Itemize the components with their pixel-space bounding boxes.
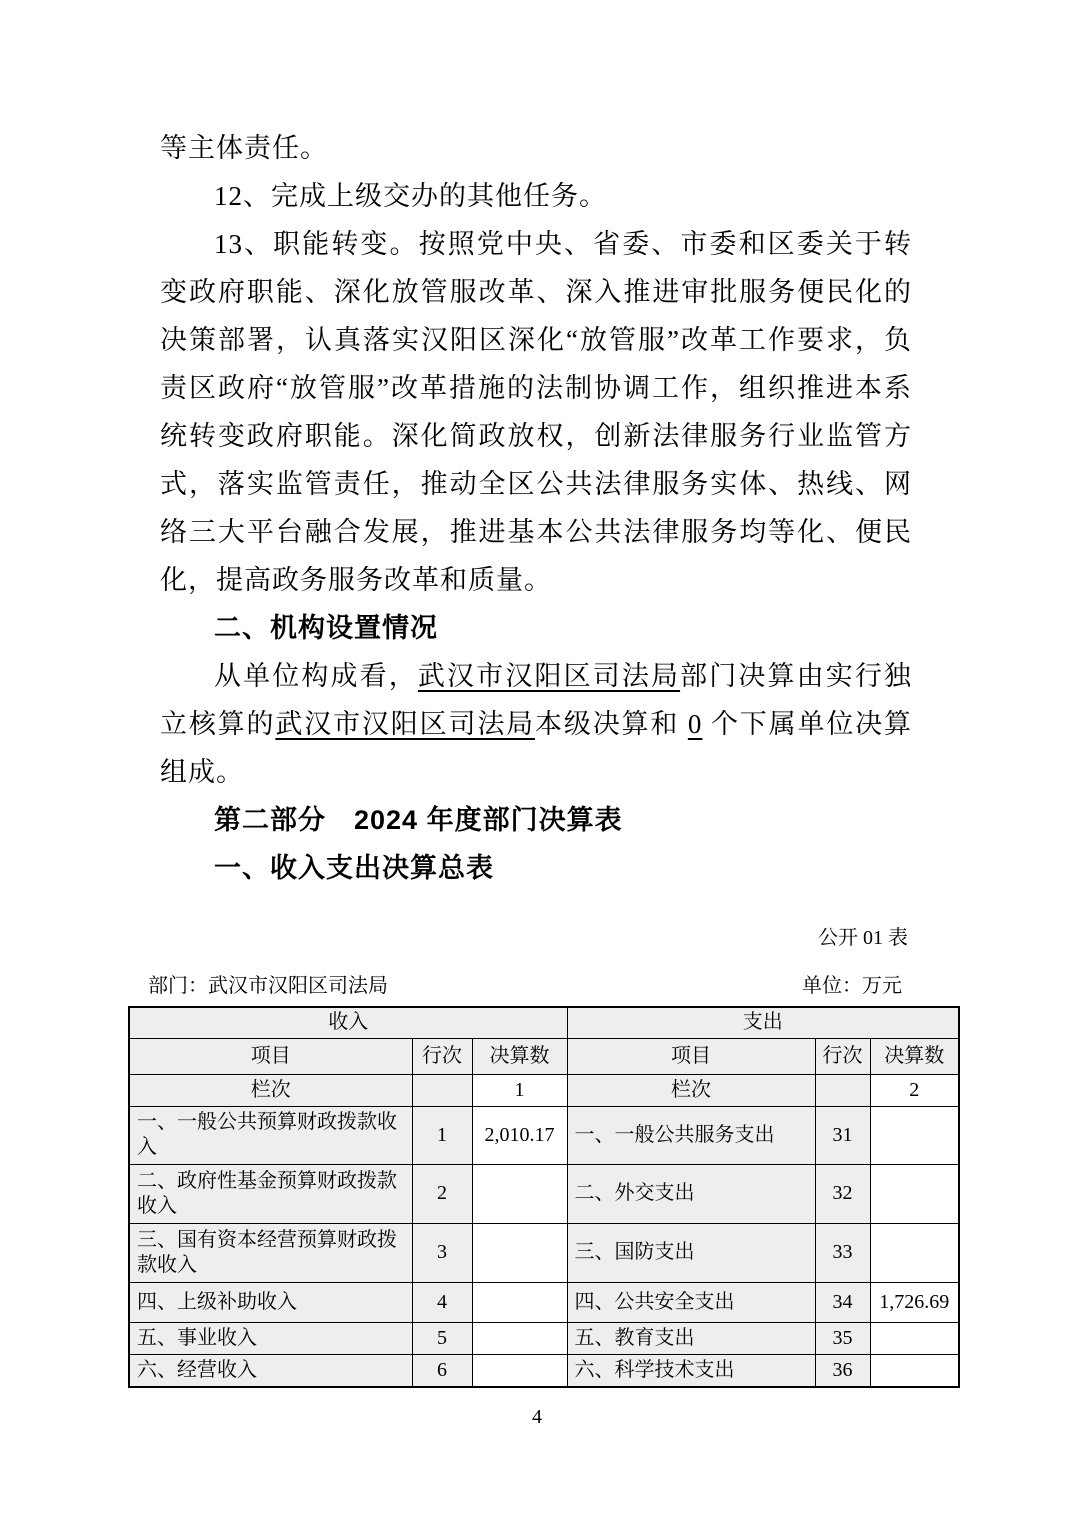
paragraph-org-composition: 从单位构成看，武汉市汉阳区司法局部门决算由实行独立核算的武汉市汉阳区司法局本级决… xyxy=(160,652,912,796)
income-item-cell: 四、上级补助收入 xyxy=(129,1282,412,1322)
expense-value-cell xyxy=(870,1223,959,1282)
column-header-row: 项目 行次 决算数 项目 行次 决算数 xyxy=(129,1038,959,1074)
expense-lanci-label: 栏次 xyxy=(567,1074,815,1106)
income-value-cell xyxy=(472,1322,567,1354)
expense-item-cell: 五、教育支出 xyxy=(567,1322,815,1354)
text-segment: 从单位构成看， xyxy=(214,661,418,691)
income-value-header: 决算数 xyxy=(472,1038,567,1074)
table-meta-row: 部门：武汉市汉阳区司法局 单位：万元 xyxy=(128,974,958,998)
department-label: 部门：武汉市汉阳区司法局 xyxy=(148,974,388,998)
income-line-cell: 6 xyxy=(412,1354,472,1387)
paragraph-item-13: 13、职能转变。按照党中央、省委、市委和区委关于转变政府职能、深化放管服改革、深… xyxy=(160,220,912,604)
paragraph-item-12: 12、完成上级交办的其他任务。 xyxy=(160,172,912,220)
income-item-cell: 一、一般公共预算财政拨款收入 xyxy=(129,1106,412,1164)
expense-item-cell: 一、一般公共服务支出 xyxy=(567,1106,815,1164)
table-row: 五、事业收入 5 五、教育支出 35 xyxy=(129,1322,959,1354)
expense-value-cell: 1,726.69 xyxy=(870,1282,959,1322)
income-line-cell: 4 xyxy=(412,1282,472,1322)
income-value-cell xyxy=(472,1282,567,1322)
income-item-cell: 二、政府性基金预算财政拨款收入 xyxy=(129,1164,412,1223)
expense-line-cell: 36 xyxy=(815,1354,870,1387)
expense-section-header: 支出 xyxy=(567,1007,959,1038)
expense-value-cell xyxy=(870,1322,959,1354)
expense-item-cell: 三、国防支出 xyxy=(567,1223,815,1282)
text-segment: 本级决算和 xyxy=(535,709,688,739)
income-value-cell xyxy=(472,1223,567,1282)
income-value-cell xyxy=(472,1354,567,1387)
income-item-header: 项目 xyxy=(129,1038,412,1074)
table-note: 公开 01 表 xyxy=(128,926,958,950)
income-value-cell xyxy=(472,1164,567,1223)
section-heading-org-setup: 二、机构设置情况 xyxy=(160,604,912,652)
statement-table-area: 公开 01 表 部门：武汉市汉阳区司法局 单位：万元 收入 支出 项目 行次 决… xyxy=(128,926,958,1388)
column-index-row: 栏次 1 栏次 2 xyxy=(129,1074,959,1106)
income-lanci-line-cell xyxy=(412,1074,472,1106)
part2-title: 第二部分 2024 年度部门决算表 xyxy=(160,796,912,844)
page-number: 4 xyxy=(0,1406,1074,1429)
expense-lanci-index: 2 xyxy=(870,1074,959,1106)
income-line-cell: 3 xyxy=(412,1223,472,1282)
income-lanci-index: 1 xyxy=(472,1074,567,1106)
income-line-cell: 1 xyxy=(412,1106,472,1164)
income-line-header: 行次 xyxy=(412,1038,472,1074)
income-item-cell: 六、经营收入 xyxy=(129,1354,412,1387)
expense-line-cell: 33 xyxy=(815,1223,870,1282)
expense-value-header: 决算数 xyxy=(870,1038,959,1074)
expense-item-cell: 四、公共安全支出 xyxy=(567,1282,815,1322)
underlined-subunit-count: 0 xyxy=(688,709,703,739)
expense-line-cell: 31 xyxy=(815,1106,870,1164)
expense-value-cell xyxy=(870,1164,959,1223)
body-text-block: 等主体责任。 12、完成上级交办的其他任务。 13、职能转变。按照党中央、省委、… xyxy=(160,124,912,892)
paragraph-continuation: 等主体责任。 xyxy=(160,124,912,172)
expense-value-cell xyxy=(870,1354,959,1387)
expense-line-cell: 35 xyxy=(815,1322,870,1354)
underlined-org-name: 武汉市汉阳区司法局 xyxy=(418,661,680,691)
unit-label: 单位：万元 xyxy=(802,974,902,998)
underlined-org-name: 武汉市汉阳区司法局 xyxy=(275,709,535,739)
expense-line-cell: 34 xyxy=(815,1282,870,1322)
income-expense-table: 收入 支出 项目 行次 决算数 项目 行次 决算数 栏次 1 栏次 xyxy=(128,1006,960,1388)
table-row: 六、经营收入 6 六、科学技术支出 36 xyxy=(129,1354,959,1387)
table-row: 四、上级补助收入 4 四、公共安全支出 34 1,726.69 xyxy=(129,1282,959,1322)
income-item-cell: 五、事业收入 xyxy=(129,1322,412,1354)
income-section-header: 收入 xyxy=(129,1007,567,1038)
expense-line-cell: 32 xyxy=(815,1164,870,1223)
expense-value-cell xyxy=(870,1106,959,1164)
expense-line-header: 行次 xyxy=(815,1038,870,1074)
table-section-title: 一、收入支出决算总表 xyxy=(160,844,912,892)
income-value-cell: 2,010.17 xyxy=(472,1106,567,1164)
document-page: 等主体责任。 12、完成上级交办的其他任务。 13、职能转变。按照党中央、省委、… xyxy=(0,0,1074,1520)
expense-item-cell: 二、外交支出 xyxy=(567,1164,815,1223)
income-line-cell: 5 xyxy=(412,1322,472,1354)
table-row: 三、国有资本经营预算财政拨款收入 3 三、国防支出 33 xyxy=(129,1223,959,1282)
income-item-cell: 三、国有资本经营预算财政拨款收入 xyxy=(129,1223,412,1282)
table-row: 一、一般公共预算财政拨款收入 1 2,010.17 一、一般公共服务支出 31 xyxy=(129,1106,959,1164)
expense-item-header: 项目 xyxy=(567,1038,815,1074)
income-lanci-label: 栏次 xyxy=(129,1074,412,1106)
expense-item-cell: 六、科学技术支出 xyxy=(567,1354,815,1387)
expense-lanci-line-cell xyxy=(815,1074,870,1106)
section-header-row: 收入 支出 xyxy=(129,1007,959,1038)
table-row: 二、政府性基金预算财政拨款收入 2 二、外交支出 32 xyxy=(129,1164,959,1223)
income-line-cell: 2 xyxy=(412,1164,472,1223)
